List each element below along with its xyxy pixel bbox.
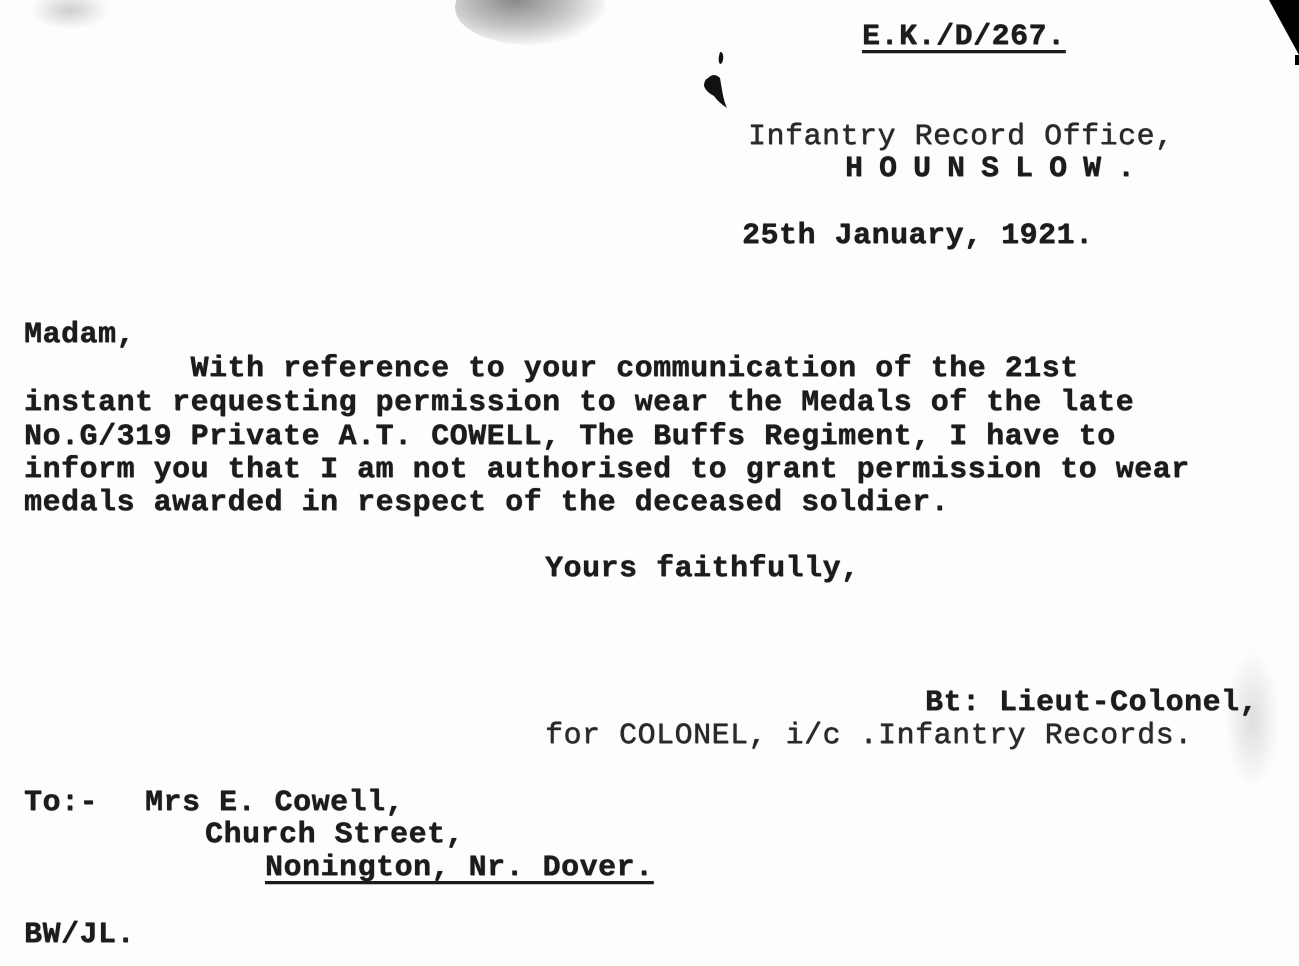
- signature-capacity: for COLONEL, i/c .Infantry Records.: [545, 719, 1193, 753]
- recipient-prefix: To:-: [24, 786, 98, 820]
- body-line: No.G/319 Private A.T. COWELL, The Buffs …: [24, 420, 1116, 454]
- ink-blot: [700, 50, 730, 110]
- sender-office: Infantry Record Office,: [748, 120, 1174, 154]
- sender-town: HOUNSLOW.: [845, 152, 1151, 186]
- paper-smudge: [455, 0, 605, 45]
- body-line: With reference to your communication of …: [24, 352, 1079, 386]
- letter-page: E.K./D/267. Infantry Record Office, HOUN…: [0, 0, 1299, 966]
- letter-date: 25th January, 1921.: [742, 219, 1094, 253]
- reference-number: E.K./D/267.: [862, 20, 1066, 54]
- body-line: inform you that I am not authorised to g…: [24, 453, 1190, 487]
- recipient-town: Nonington, Nr. Dover.: [265, 851, 654, 885]
- recipient-name: Mrs E. Cowell,: [145, 786, 404, 820]
- scan-corner-shadow: [1269, 0, 1299, 55]
- signature-rank: Bt: Lieut-Colonel,: [925, 686, 1258, 720]
- salutation: Madam,: [24, 318, 135, 352]
- body-line: medals awarded in respect of the decease…: [24, 486, 949, 520]
- paper-smudge: [1225, 650, 1280, 790]
- typist-reference: BW/JL.: [24, 918, 135, 952]
- scan-corner-shadow: [1295, 55, 1299, 65]
- paper-smudge: [30, 0, 110, 30]
- closing: Yours faithfully,: [545, 552, 860, 586]
- body-line: instant requesting permission to wear th…: [24, 386, 1134, 420]
- recipient-street: Church Street,: [205, 818, 464, 852]
